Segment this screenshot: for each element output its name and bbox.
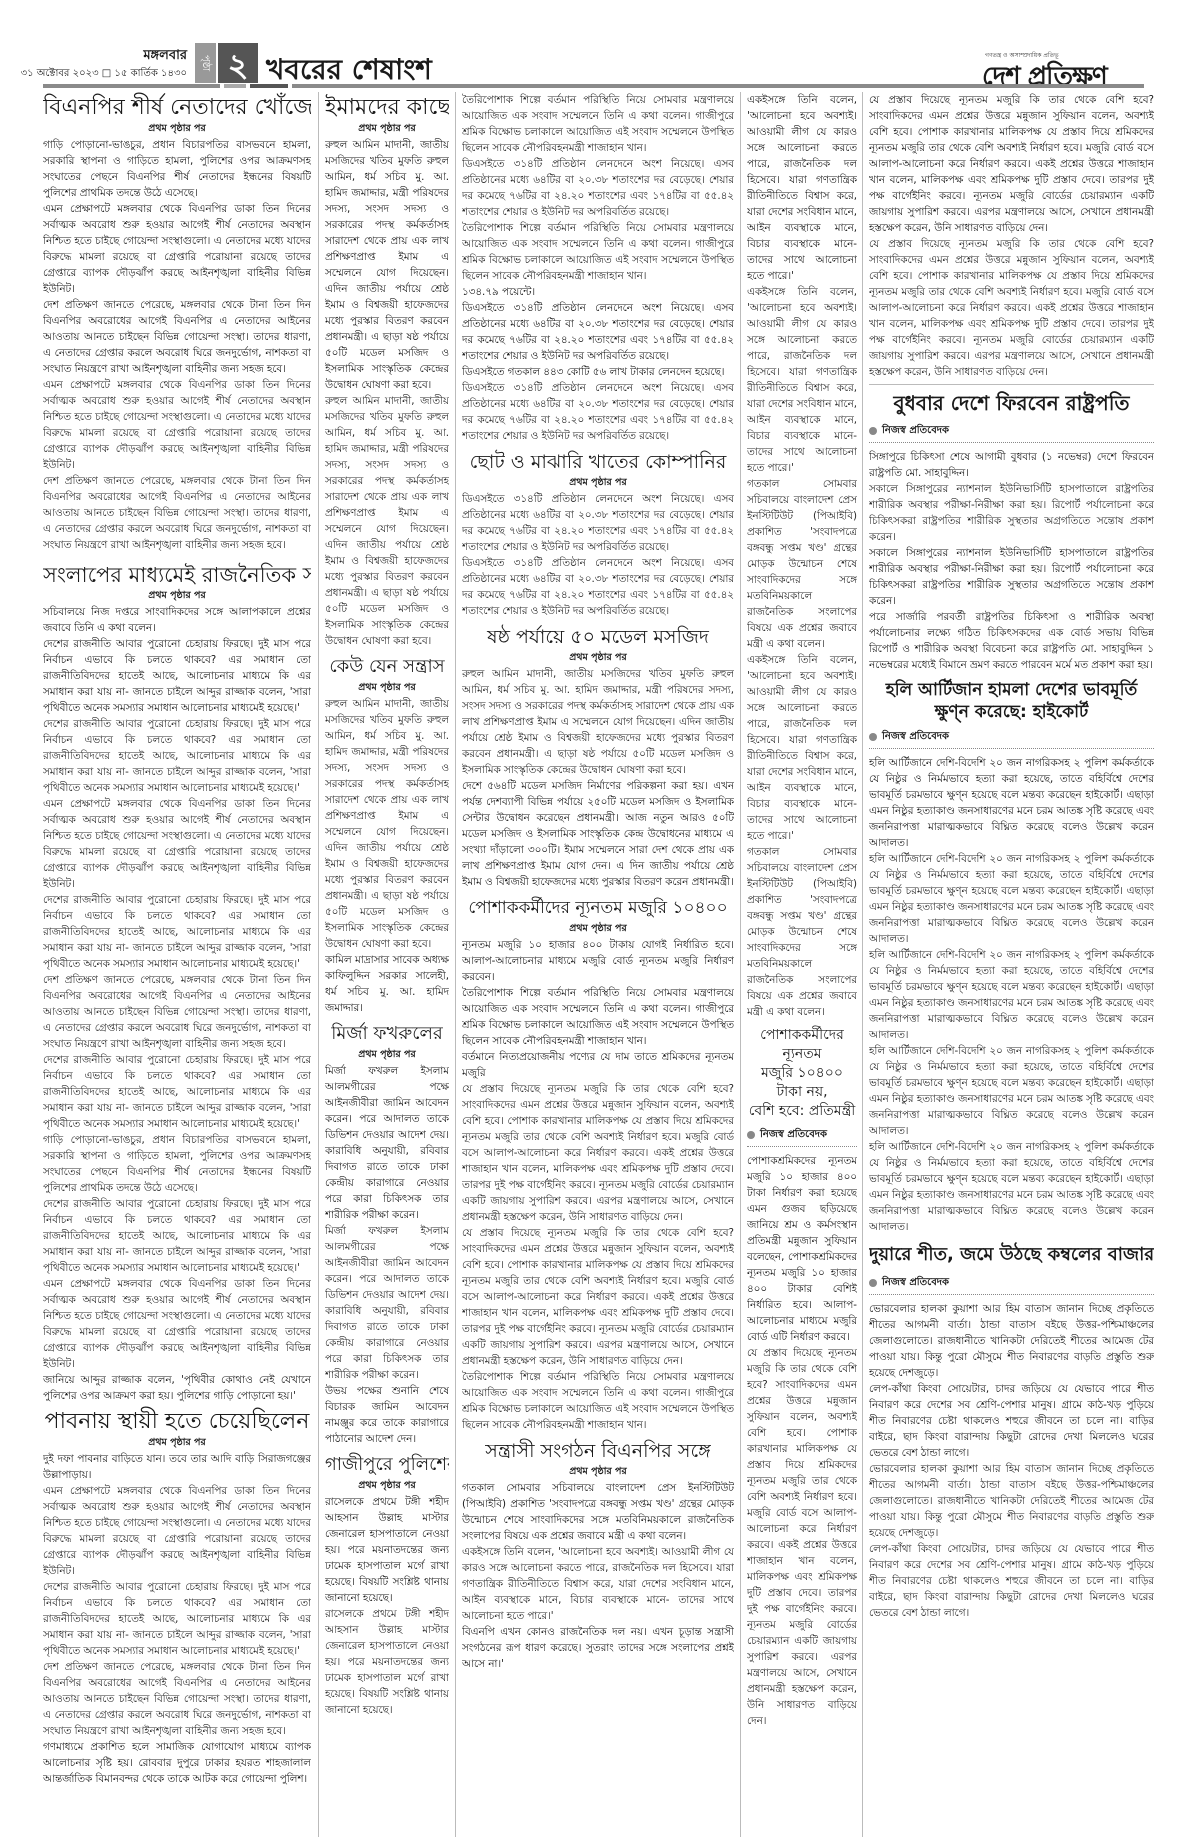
article-model-mosque: ষষ্ঠ পর্যায়ে ৫০ মডেল মসজিদ প্রথম পৃষ্ঠা… xyxy=(462,623,734,890)
headline: পোশাককর্মীদের ন্যূনতম মজুরি ১০৪০০ টাকা ন… xyxy=(747,1026,857,1121)
headline: ষষ্ঠ পর্যায়ে ৫০ মডেল মসজিদ xyxy=(462,623,734,651)
headline: বিএনপির শীর্ষ নেতাদের খোঁজে xyxy=(43,94,311,122)
article-pabna: পাবনায় স্থায়ী হতে চেয়েছিলেন প্রথম পৃষ… xyxy=(43,1408,311,1787)
paragraph: দেশ প্রতিক্ষণ জানতে পেরেছে, মঙ্গলবার থেক… xyxy=(43,1659,311,1739)
paragraph: একইসঙ্গে তিনি বলেন, 'আলোচনা হবে অবশ্যই। … xyxy=(747,284,857,476)
continued-label: প্রথম পৃষ্ঠার পর xyxy=(462,651,734,664)
paragraph: ন্যূনতম মজুরি ১০ হাজার ৪০০ টাকায় যোগই ন… xyxy=(462,937,734,985)
bullet-icon xyxy=(869,1279,877,1287)
paragraph: যে প্রস্তাব দিয়েছে ন্যূনতম মজুরি কি তার… xyxy=(869,236,1154,380)
paragraph: উভয় পক্ষের শুনানি শেষে বিচারক জামিন আবে… xyxy=(325,1383,449,1447)
paragraph: তৈরিপোশাক শিল্পে বর্তমান পরিস্থিতি নিয়ে… xyxy=(462,985,734,1049)
continued-label: প্রথম পৃষ্ঠার পর xyxy=(462,1465,734,1478)
headline-line: ক্ষুণ্ন করেছে: হাইকোর্ট xyxy=(935,702,1089,722)
paragraph: তৈরিপোশাক শিল্পে বর্তমান পরিস্থিতি নিয়ে… xyxy=(462,1369,734,1433)
paragraph: বিএনপি এখন কোনও রাজনৈতিক দল নয়। এখন চূড… xyxy=(462,1624,734,1672)
headline: দুয়ারে শীত, জমে উঠছে কম্বলের বাজার xyxy=(869,1241,1154,1269)
article-min-wage-10400: পোশাককর্মীদের ন্যূনতম মজুরি ১০৪০০ প্রথম … xyxy=(462,894,734,1433)
paragraph: তৈরিপোশাক শিল্পে বর্তমান পরিস্থিতি নিয়ে… xyxy=(462,92,734,156)
paragraph: লেপ-কাঁথা কিংবা সোয়েটার, চাদর জড়িয়ে য… xyxy=(869,1381,1154,1461)
column-divider xyxy=(740,92,741,1837)
paragraph: ভোরবেলার হালকা কুয়াশা আর হিম বাতাস জানা… xyxy=(869,1461,1154,1541)
paragraph: রুহুল আমিন মাদানী, জাতীয় মসজিদের খতিব ম… xyxy=(325,696,449,952)
paragraph: মির্জা ফখরুল ইসলাম আলমগীরের পক্ষে আইনজীব… xyxy=(325,1223,449,1383)
paragraph: গতকাল সোমবার সচিবালয়ে বাংলাদেশ প্রেস ইন… xyxy=(747,844,857,1020)
paragraph: ডিএসইতে ৩১৪টি প্রতিষ্ঠান লেনদেনে অংশ নিয… xyxy=(462,300,734,364)
paragraph: ১৩৪.৭৯ পয়েন্টে। xyxy=(462,284,734,300)
paragraph: রুহুল আমিন মাদানী, জাতীয় মসজিদের খতিব ম… xyxy=(462,666,734,778)
article-bnp-leaders: বিএনপির শীর্ষ নেতাদের খোঁজে প্রথম পৃষ্ঠা… xyxy=(43,94,311,553)
column-divider xyxy=(862,92,863,1837)
divider xyxy=(869,1294,1154,1295)
continued-label: প্রথম পৃষ্ঠার পর xyxy=(325,681,449,694)
paragraph: বর্তমানে নিত্যপ্রয়োজনীয় পণ্যের যে দাম … xyxy=(462,1049,734,1081)
bullet-icon xyxy=(747,1131,755,1139)
continued-label: প্রথম পৃষ্ঠার পর xyxy=(325,1048,449,1061)
paragraph: যে প্রস্তাব দিয়েছে ন্যূনতম মজুরি কি তার… xyxy=(462,1225,734,1369)
headline: ছোট ও মাঝারি খাতের কোম্পানির xyxy=(462,448,734,476)
article-political-problem: সংলাপের মাধ্যমেই রাজনৈতিক সমস্যা প্রথম প… xyxy=(43,561,311,1404)
headline-line: পোশাককর্মীদের ন্যূনতম xyxy=(760,1027,844,1062)
paragraph: ডিএসইতে ৩১৪টি প্রতিষ্ঠান লেনদেনে অংশ নিয… xyxy=(462,555,734,619)
byline: নিজস্ব প্রতিবেদক xyxy=(869,1275,1154,1291)
header-rule-tag xyxy=(224,84,246,88)
headline: মির্জা ফখরুলের xyxy=(325,1020,449,1048)
header-rule-num xyxy=(250,84,288,88)
continued-label: প্রথম পৃষ্ঠার পর xyxy=(462,922,734,935)
headline-line: হলি আর্টিজান হামলা দেশের ভাবমূর্তি xyxy=(886,680,1137,700)
article-mirza: মির্জা ফখরুলের প্রথম পৃষ্ঠার পর মির্জা ফ… xyxy=(325,1020,449,1447)
headline-line: বেশি হবে: প্রতিমন্ত্রী xyxy=(749,1103,856,1119)
paragraph: হলি আর্টিজানে দেশি-বিদেশি ২০ জন নাগরিকসহ… xyxy=(869,1139,1154,1235)
headline: পাবনায় স্থায়ী হতে চেয়েছিলেন xyxy=(43,1408,311,1436)
article-share-market: তৈরিপোশাক শিল্পে বর্তমান পরিস্থিতি নিয়ে… xyxy=(462,92,734,444)
paragraph: ডিএসইতে ৩১৪টি প্রতিষ্ঠান লেনদেনে অংশ নিয… xyxy=(462,380,734,444)
continued-label: প্রথম পৃষ্ঠার পর xyxy=(462,476,734,489)
continued-label: প্রথম পৃষ্ঠার পর xyxy=(43,589,311,602)
paragraph: হলি আর্টিজানে দেশি-বিদেশি ২০ জন নাগরিকসহ… xyxy=(869,851,1154,947)
paragraph: যে প্রস্তাব দিয়েছে ন্যূনতম মজুরি কি তার… xyxy=(869,92,1154,236)
paragraph: ডিএসইতে ৩১৪টি প্রতিষ্ঠান লেনদেনে অংশ নিয… xyxy=(462,156,734,220)
masthead: মঙ্গলবার ৩১ অক্টোবর ২০২৩ □ ১৫ কার্তিক ১৪… xyxy=(0,0,1200,85)
paragraph: গতকাল সোমবার সচিবালয়ে বাংলাদেশ প্রেস ইন… xyxy=(747,476,857,652)
paragraph: দেশের রাজনীতি আবার পুরোনো চেহারায় ফিরছে… xyxy=(43,636,311,716)
paragraph: গাড়ি পোড়ানো-ভাঙচুর, প্রধান বিচারপতির ব… xyxy=(43,1132,311,1196)
header-rule-left xyxy=(43,84,220,88)
paragraph: তৈরিপোশাক শিল্পে বর্তমান পরিস্থিতি নিয়ে… xyxy=(462,220,734,284)
column-divider xyxy=(455,92,456,1837)
continued-label: প্রথম পৃষ্ঠার পর xyxy=(43,122,311,135)
headline-line: মজুরি ১০৪০০ টাকা নয়, xyxy=(761,1065,843,1100)
bullet-icon xyxy=(869,733,877,741)
paragraph: এমন প্রেক্ষাপটে মঙ্গলবার থেকে বিএনপির ডা… xyxy=(43,377,311,473)
paragraph: রাসেলকে প্রথমে টঙ্গী শহীদ আহসান উল্লাহ ম… xyxy=(325,1606,449,1718)
paragraph: সিঙ্গাপুরে চিকিৎসা শেষে আগামী বুধবার (১ … xyxy=(869,449,1154,481)
paragraph: একইসঙ্গে তিনি বলেন, 'আলোচনা হবে অবশ্যই। … xyxy=(747,652,857,844)
paragraph: এমন প্রেক্ষাপটে মঙ্গলবার থেকে বিএনপির ডা… xyxy=(43,1483,311,1579)
page-tag: পৃষ্ঠা xyxy=(195,43,216,83)
paragraph: ভোরবেলার হালকা কুয়াশা আর হিম বাতাস জানা… xyxy=(869,1301,1154,1381)
column-narrow-2: একইসঙ্গে তিনি বলেন, 'আলোচনা হবে অবশ্যই। … xyxy=(747,92,857,1837)
headline: কেউ যেন সন্ত্রাস xyxy=(325,653,449,681)
paragraph: দেশ প্রতিক্ষণ জানতে পেরেছে, মঙ্গলবার থেক… xyxy=(43,297,311,377)
article-holey-artisan: হলি আর্টিজান হামলা দেশের ভাবমূর্তি ক্ষুণ… xyxy=(869,679,1154,1235)
paragraph: রুহুল আমিন মাদানী, জাতীয় মসজিদের খতিব ম… xyxy=(325,137,449,393)
paragraph: দেশের রাজনীতি আবার পুরোনো চেহারায় ফিরছে… xyxy=(43,1579,311,1659)
column-narrow-1: ইমামদের কাছে প্রথম পৃষ্ঠার পর রুহুল আমিন… xyxy=(325,92,449,1837)
byline: নিজস্ব প্রতিবেদক xyxy=(747,1127,857,1143)
divider xyxy=(869,748,1154,749)
paragraph: পোশাকশ্রমিকদের ন্যূনতম মজুরি ১০ হাজার ৪০… xyxy=(747,1153,857,1345)
column-left: বিএনপির শীর্ষ নেতাদের খোঁজে প্রথম পৃষ্ঠা… xyxy=(43,92,311,1837)
continued-label: প্রথম পৃষ্ঠার পর xyxy=(325,122,449,135)
article-winter-market: দুয়ারে শীত, জমে উঠছে কম্বলের বাজার নিজস… xyxy=(869,1241,1154,1621)
column-right: যে প্রস্তাব দিয়েছে ন্যূনতম মজুরি কি তার… xyxy=(869,92,1154,1837)
column-middle: তৈরিপোশাক শিল্পে বর্তমান পরিস্থিতি নিয়ে… xyxy=(462,92,734,1837)
paragraph: হলি আর্টিজানে দেশি-বিদেশি ২০ জন নাগরিকসহ… xyxy=(869,755,1154,851)
paragraph: একইসঙ্গে তিনি বলেন, 'আলোচনা হবে অবশ্যই। … xyxy=(747,92,857,284)
page-number: ২ xyxy=(218,43,258,83)
continued-label: প্রথম পৃষ্ঠার পর xyxy=(43,1436,311,1449)
paragraph: সকালে সিঙ্গাপুরের ন্যাশনাল ইউনিভার্সিটি … xyxy=(869,545,1154,609)
byline: নিজস্ব প্রতিবেদক xyxy=(869,423,1154,439)
paragraph: এমন প্রেক্ষাপটে মঙ্গলবার থেকে বিএনপির ডা… xyxy=(43,1276,311,1372)
article-terror-org: সন্ত্রাসী সংগঠন বিএনপির সঙ্গে প্রথম পৃষ্… xyxy=(462,1437,734,1672)
paragraph: হলি আর্টিজানে দেশি-বিদেশি ২০ জন নাগরিকসহ… xyxy=(869,947,1154,1043)
paragraph: একইসঙ্গে তিনি বলেন, 'আলোচনা হবে অবশ্যই। … xyxy=(462,1544,734,1624)
paragraph: দেশের রাজনীতি আবার পুরোনো চেহারায় ফিরছে… xyxy=(43,1196,311,1276)
article-minimum-wage-more: পোশাককর্মীদের ন্যূনতম মজুরি ১০৪০০ টাকা ন… xyxy=(747,1026,857,1729)
paragraph: জানিয়ে আব্দুর রাজ্জাক বলেন, 'পৃথিবীর কো… xyxy=(43,1372,311,1404)
headline: গাজীপুরে পুলিশের xyxy=(325,1451,449,1479)
paragraph: ডিএসইতে গতকাল ৪৪৩ কোটি ৫৬ লাখ টাকার লেনদ… xyxy=(462,364,734,380)
paragraph: দুই দফা পাবনার বাড়িতে যান। তবে তার আদি … xyxy=(43,1451,311,1483)
headline: সংলাপের মাধ্যমেই রাজনৈতিক সমস্যা xyxy=(43,561,311,589)
issue-date: ৩১ অক্টোবর ২০২৩ □ ১৫ কার্তিক ১৪৩০ xyxy=(21,66,187,83)
headline: বুধবার দেশে ফিরবেন রাষ্ট্রপতি xyxy=(869,389,1154,417)
header-rule-right xyxy=(292,84,1144,88)
paragraph: মির্জা ফখরুল ইসলাম আলমগীরের পক্ষে আইনজীব… xyxy=(325,1063,449,1223)
divider xyxy=(747,1146,857,1147)
paragraph: এমন প্রেক্ষাপটে মঙ্গলবার থেকে বিএনপির ডা… xyxy=(43,201,311,297)
paragraph: লেপ-কাঁথা কিংবা সোয়েটার, চাদর জড়িয়ে য… xyxy=(869,1541,1154,1621)
paragraph: কামিল মাদ্রাসার সাবেক অধ্যক্ষ কাফিলুদ্দি… xyxy=(325,952,449,1016)
paragraph: রাসেলকে প্রথমে টঙ্গী শহীদ আহসান উল্লাহ ম… xyxy=(325,1494,449,1606)
bullet-icon xyxy=(869,427,877,435)
article-president-return: বুধবার দেশে ফিরবেন রাষ্ট্রপতি নিজস্ব প্র… xyxy=(869,389,1154,673)
paragraph: দেশের রাজনীতি আবার পুরোনো চেহারায় ফিরছে… xyxy=(43,1052,311,1132)
paragraph: সচিবালয়ে নিজ দপ্তরে সাংবাদিকদের সঙ্গে আ… xyxy=(43,604,311,636)
article-gazipur: গাজীপুরে পুলিশের প্রথম পৃষ্ঠার পর রাসেলক… xyxy=(325,1451,449,1718)
paragraph: গাড়ি পোড়ানো-ভাঙচুর, প্রধান বিচারপতির ব… xyxy=(43,137,311,201)
paragraph: এমন প্রেক্ষাপটে মঙ্গলবার থেকে বিএনপির ডা… xyxy=(43,796,311,892)
article-small-companies: ছোট ও মাঝারি খাতের কোম্পানির প্রথম পৃষ্ঠ… xyxy=(462,448,734,619)
paragraph: যে প্রস্তাব দিয়েছে ন্যূনতম মজুরি কি তার… xyxy=(747,1345,857,1729)
section-divider xyxy=(869,384,1154,385)
headline: ইমামদের কাছে xyxy=(325,94,449,122)
article-no-terror: কেউ যেন সন্ত্রাস প্রথম পৃষ্ঠার পর রুহুল … xyxy=(325,653,449,1016)
article-dialogue: একইসঙ্গে তিনি বলেন, 'আলোচনা হবে অবশ্যই। … xyxy=(747,92,857,1020)
byline: নিজস্ব প্রতিবেদক xyxy=(869,729,1154,745)
paragraph: গতকাল সোমবার সচিবালয়ে বাংলাদেশ প্রেস ইন… xyxy=(462,1480,734,1544)
issue-day: মঙ্গলবার xyxy=(143,46,187,67)
paragraph: দেশের রাজনীতি আবার পুরোনো চেহারায় ফিরছে… xyxy=(43,892,311,972)
paragraph: দেশ প্রতিক্ষণ জানতে পেরেছে, মঙ্গলবার থেক… xyxy=(43,473,311,553)
paragraph: পরে সার্জারি পরবর্তী রাষ্ট্রপতির চিকিৎসা… xyxy=(869,609,1154,673)
paragraph: ডিএসইতে ৩১৪টি প্রতিষ্ঠান লেনদেনে অংশ নিয… xyxy=(462,491,734,555)
paragraph: গণমাধ্যমে প্রকাশিত হলে সামাজিক যোগাযোগ ম… xyxy=(43,1739,311,1787)
headline: সন্ত্রাসী সংগঠন বিএনপির সঙ্গে xyxy=(462,1437,734,1465)
divider xyxy=(869,442,1154,443)
continued-label: প্রথম পৃষ্ঠার পর xyxy=(325,1479,449,1492)
column-divider xyxy=(318,92,319,1837)
headline: হলি আর্টিজান হামলা দেশের ভাবমূর্তি ক্ষুণ… xyxy=(869,679,1154,723)
paragraph: হলি আর্টিজানে দেশি-বিদেশি ২০ জন নাগরিকসহ… xyxy=(869,1043,1154,1139)
headline: পোশাককর্মীদের ন্যূনতম মজুরি ১০৪০০ xyxy=(462,894,734,922)
article-imams: ইমামদের কাছে প্রথম পৃষ্ঠার পর রুহুল আমিন… xyxy=(325,94,449,649)
paragraph: দেশের রাজনীতি আবার পুরোনো চেহারায় ফিরছে… xyxy=(43,716,311,796)
paragraph: সকালে সিঙ্গাপুরের ন্যাশনাল ইউনিভার্সিটি … xyxy=(869,481,1154,545)
paragraph: দেশে ৫৬৪টি মডেল মসজিদ নির্মাণের পরিকল্পন… xyxy=(462,778,734,890)
paragraph: রুহুল আমিন মাদানী, জাতীয় মসজিদের খতিব ম… xyxy=(325,393,449,649)
article-wage-board: যে প্রস্তাব দিয়েছে ন্যূনতম মজুরি কি তার… xyxy=(869,92,1154,380)
paragraph: যে প্রস্তাব দিয়েছে ন্যূনতম মজুরি কি তার… xyxy=(462,1081,734,1225)
paragraph: দেশ প্রতিক্ষণ জানতে পেরেছে, মঙ্গলবার থেক… xyxy=(43,972,311,1052)
